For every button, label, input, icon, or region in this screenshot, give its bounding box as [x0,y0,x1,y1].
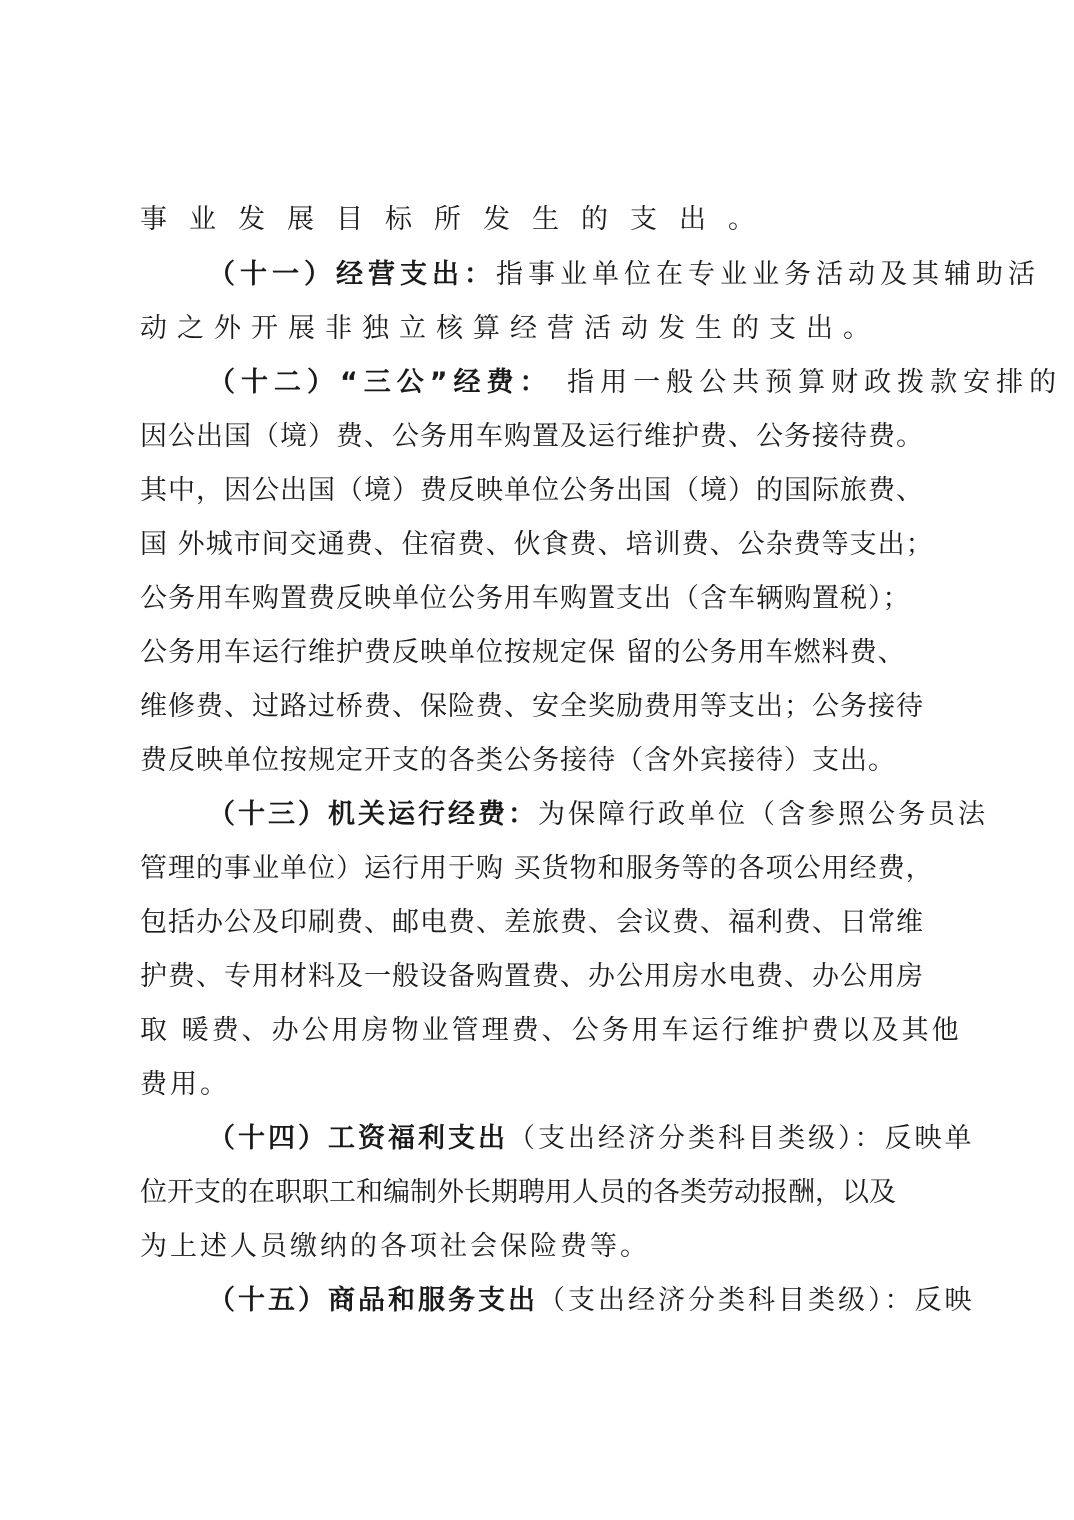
section-heading-12: （十二）“三公”经费： 指用一般公共预算财政拨款安排的 [208,363,1008,403]
text-line: 护费、专用材料及一般设备购置费、办公用房水电费、办公用房 [140,957,940,997]
text-line: 包括办公及印刷费、邮电费、差旅费、会议费、福利费、日常维 [140,903,940,943]
heading-label: （十二）“三公”经费： [208,367,553,398]
text-line: 动之外开展非独立核算经营活动发生的支出。 [140,309,940,349]
heading-label: （十一）经营支出： [208,259,496,290]
line-text: 为上述人员缴纳的各项社会保险费等。 [140,1231,650,1262]
line-text: 因公出国（境）费、公务用车购置及运行维护费、公务接待费。 [140,421,924,452]
text-line: 位开支的在职职工和编制外长期聘用人员的各类劳动报酬，以及 [140,1173,940,1213]
line-text: 位开支的在职职工和编制外长期聘用人员的各类劳动报酬，以及 [140,1177,896,1208]
section-heading-13: （十三）机关运行经费：为保障行政单位（含参照公务员法 [208,795,1008,835]
text-line: 维修费、过路过桥费、保险费、安全奖励费用等支出；公务接待 [140,687,940,727]
line-text: 费用。 [140,1069,230,1100]
text-line: 国 外城市间交通费、住宿费、伙食费、培训费、公杂费等支出； [140,525,940,565]
line-text: 为保障行政单位（含参照公务员法 [538,799,988,830]
heading-label: （十三）机关运行经费： [208,799,538,830]
text-line: 费反映单位按规定开支的各类公务接待（含外宾接待）支出。 [140,741,940,781]
line-text: （支出经济分类科目类级）：反映单 [508,1123,975,1154]
line-text: 其中，因公出国（境）费反映单位公务出国（境）的国际旅费、 [140,475,924,506]
section-heading-14: （十四）工资福利支出（支出经济分类科目类级）：反映单 [208,1119,1008,1159]
document-page: 事业发展目标所发生的支出。 （十一）经营支出：指事业单位在专业业务活动及其辅助活… [0,0,1074,1520]
line-text: 指用一般公共预算财政拨款安排的 [553,367,1063,398]
line-text: 公务用车运行维护费反映单位按规定保 留的公务用车燃料费、 [140,637,906,668]
heading-label: （十五）商品和服务支出 [208,1285,538,1316]
line-text: 维修费、过路过桥费、保险费、安全奖励费用等支出；公务接待 [140,691,924,722]
line-text: 包括办公及印刷费、邮电费、差旅费、会议费、福利费、日常维 [140,907,924,938]
line-text: 费反映单位按规定开支的各类公务接待（含外宾接待）支出。 [140,745,896,776]
line-text: 护费、专用材料及一般设备购置费、办公用房水电费、办公用房 [140,961,924,992]
line-text: 管理的事业单位）运行用于购 买货物和服务等的各项公用经费， [140,853,934,884]
line-text: 动之外开展非独立核算经营活动发生的支出。 [140,313,880,344]
text-line: 公务用车购置费反映单位公务用车购置支出（含车辆购置税）； [140,579,940,619]
line-text: 公务用车购置费反映单位公务用车购置支出（含车辆购置税）； [140,583,911,614]
line-text: 国 外城市间交通费、住宿费、伙食费、培训费、公杂费等支出； [140,529,934,560]
text-line: 管理的事业单位）运行用于购 买货物和服务等的各项公用经费， [140,849,940,889]
text-line: 为上述人员缴纳的各项社会保险费等。 [140,1227,940,1267]
text-line: 其中，因公出国（境）费反映单位公务出国（境）的国际旅费、 [140,471,940,511]
section-heading-11: （十一）经营支出：指事业单位在专业业务活动及其辅助活 [208,255,1008,295]
text-line: 事业发展目标所发生的支出。 [140,200,940,240]
line-text: 事业发展目标所发生的支出。 [140,204,777,235]
line-text: （支出经济分类科目类级）：反映 [538,1285,975,1316]
text-line: 取 暖费、办公用房物业管理费、公务用车运行维护费以及其他 [140,1011,940,1051]
text-line: 公务用车运行维护费反映单位按规定保 留的公务用车燃料费、 [140,633,940,673]
line-text: 取 暖费、办公用房物业管理费、公务用车运行维护费以及其他 [140,1015,962,1046]
line-text: 指事业单位在专业业务活动及其辅助活 [496,259,1040,290]
heading-label: （十四）工资福利支出 [208,1123,508,1154]
text-line: 费用。 [140,1065,940,1105]
text-line: 因公出国（境）费、公务用车购置及运行维护费、公务接待费。 [140,417,940,457]
section-heading-15: （十五）商品和服务支出（支出经济分类科目类级）：反映 [208,1281,1008,1321]
